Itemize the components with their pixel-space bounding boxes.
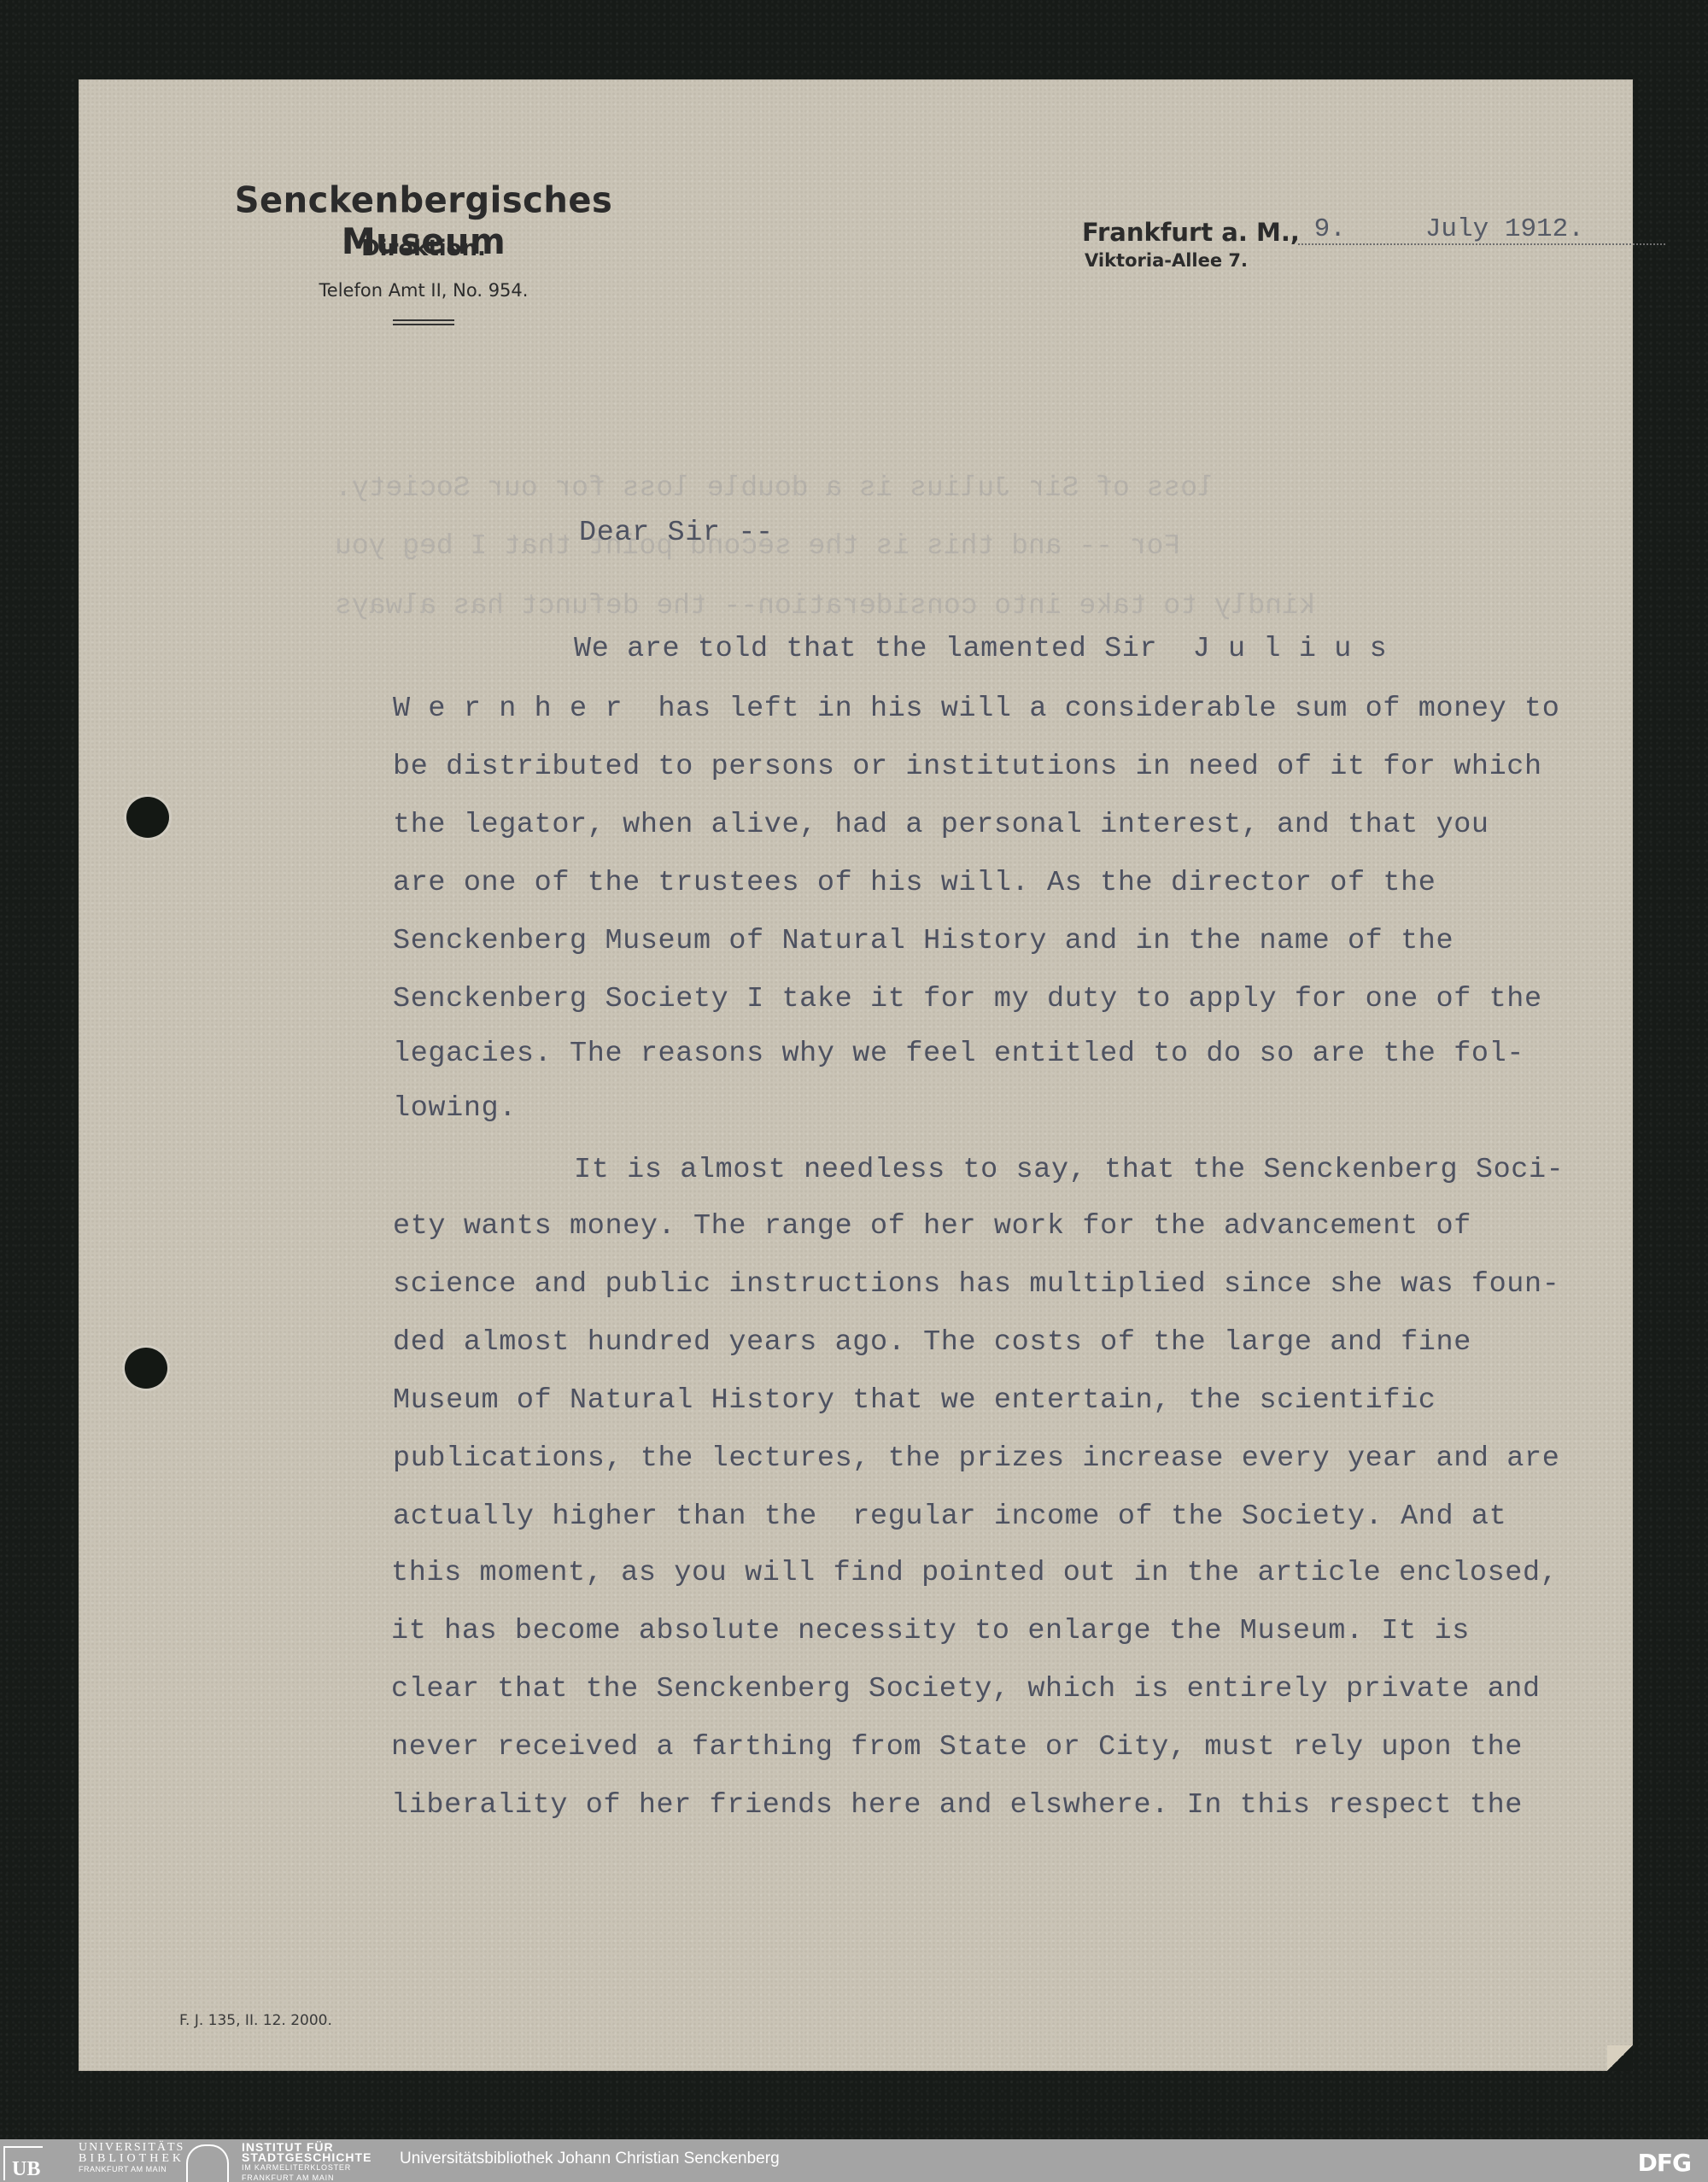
body-line: It is almost needless to say, that the S… — [574, 1154, 1564, 1186]
form-number: F. J. 135, II. 12. 2000. — [179, 2012, 332, 2029]
isg-institute-name[interactable]: INSTITUT FÜR STADTGESCHICHTE IM KARMELIT… — [242, 2142, 371, 2182]
body-line: science and public instructions has mult… — [393, 1268, 1559, 1301]
ub-line-3: FRANKFURT AM MAIN — [79, 2164, 184, 2175]
punch-hole-top — [126, 797, 169, 838]
letterhead-telephone: Telefon Amt II, No. 954. — [181, 280, 666, 301]
body-line: never received a farthing from State or … — [391, 1731, 1523, 1764]
body-line: liberality of her friends here and elswh… — [391, 1789, 1523, 1822]
body-line: it has become absolute necessity to enla… — [391, 1615, 1470, 1647]
letterhead-department: Direktion. — [181, 236, 666, 261]
isg-line-4: FRANKFURT AM MAIN — [242, 2173, 371, 2182]
body-line: are one of the trustees of his will. As … — [393, 867, 1436, 899]
body-line: ded almost hundred years ago. The costs … — [393, 1326, 1471, 1359]
bleed-through-line: loss of Sir Julius is a double loss for … — [335, 472, 1214, 504]
bleed-through-line: kindly to take into consideration-- the … — [335, 590, 1316, 622]
letterhead-city: Frankfurt a. M., — [1082, 218, 1300, 247]
folded-corner — [1607, 2045, 1633, 2071]
letterhead-double-rule — [393, 319, 454, 325]
ub-library-name: UNIVERSITÄTS BIBLIOTHEK FRANKFURT AM MAI… — [79, 2142, 184, 2175]
body-line: publications, the lectures, the prizes i… — [393, 1442, 1559, 1475]
body-line: lowing. — [393, 1092, 517, 1125]
body-line: W e r n h e r has left in his will a con… — [393, 693, 1559, 725]
letterhead-address: Viktoria-Allee 7. — [1085, 250, 1248, 271]
body-line: this moment, as you will find pointed ou… — [391, 1557, 1558, 1589]
dfg-logo[interactable]: DFG — [1638, 2149, 1691, 2177]
body-line: Senckenberg Society I take it for my dut… — [393, 983, 1542, 1015]
date-field: 9. July 1912. — [1298, 216, 1665, 245]
letter-date: 9. July 1912. — [1298, 214, 1665, 244]
body-line: legacies. The reasons why we feel entitl… — [393, 1038, 1524, 1070]
isg-arch-icon — [186, 2144, 229, 2182]
ub-abbreviation: UB — [12, 2158, 40, 2181]
library-name-link[interactable]: Universitätsbibliothek Johann Christian … — [400, 2150, 780, 2168]
body-line: clear that the Senckenberg Society, whic… — [391, 1673, 1541, 1705]
body-line: actually higher than the regular income … — [393, 1500, 1506, 1533]
body-line: ety wants money. The range of her work f… — [393, 1210, 1471, 1243]
salutation: Dear Sir -- — [579, 517, 774, 549]
punch-hole-bottom — [125, 1348, 167, 1389]
isg-line-2: STADTGESCHICHTE — [242, 2152, 371, 2162]
body-line: Museum of Natural History that we entert… — [393, 1384, 1436, 1417]
body-line: the legator, when alive, had a personal … — [393, 809, 1489, 841]
body-line: Senckenberg Museum of Natural History an… — [393, 925, 1454, 957]
repository-footer: UB UNIVERSITÄTS BIBLIOTHEK FRANKFURT AM … — [0, 2139, 1708, 2182]
body-line: We are told that the lamented Sir J u l … — [574, 633, 1387, 665]
body-line: be distributed to persons or institution… — [393, 751, 1542, 783]
letter-page: Senckenbergisches Museum Direktion. Tele… — [79, 79, 1633, 2071]
ub-line-2: BIBLIOTHEK — [79, 2153, 184, 2164]
